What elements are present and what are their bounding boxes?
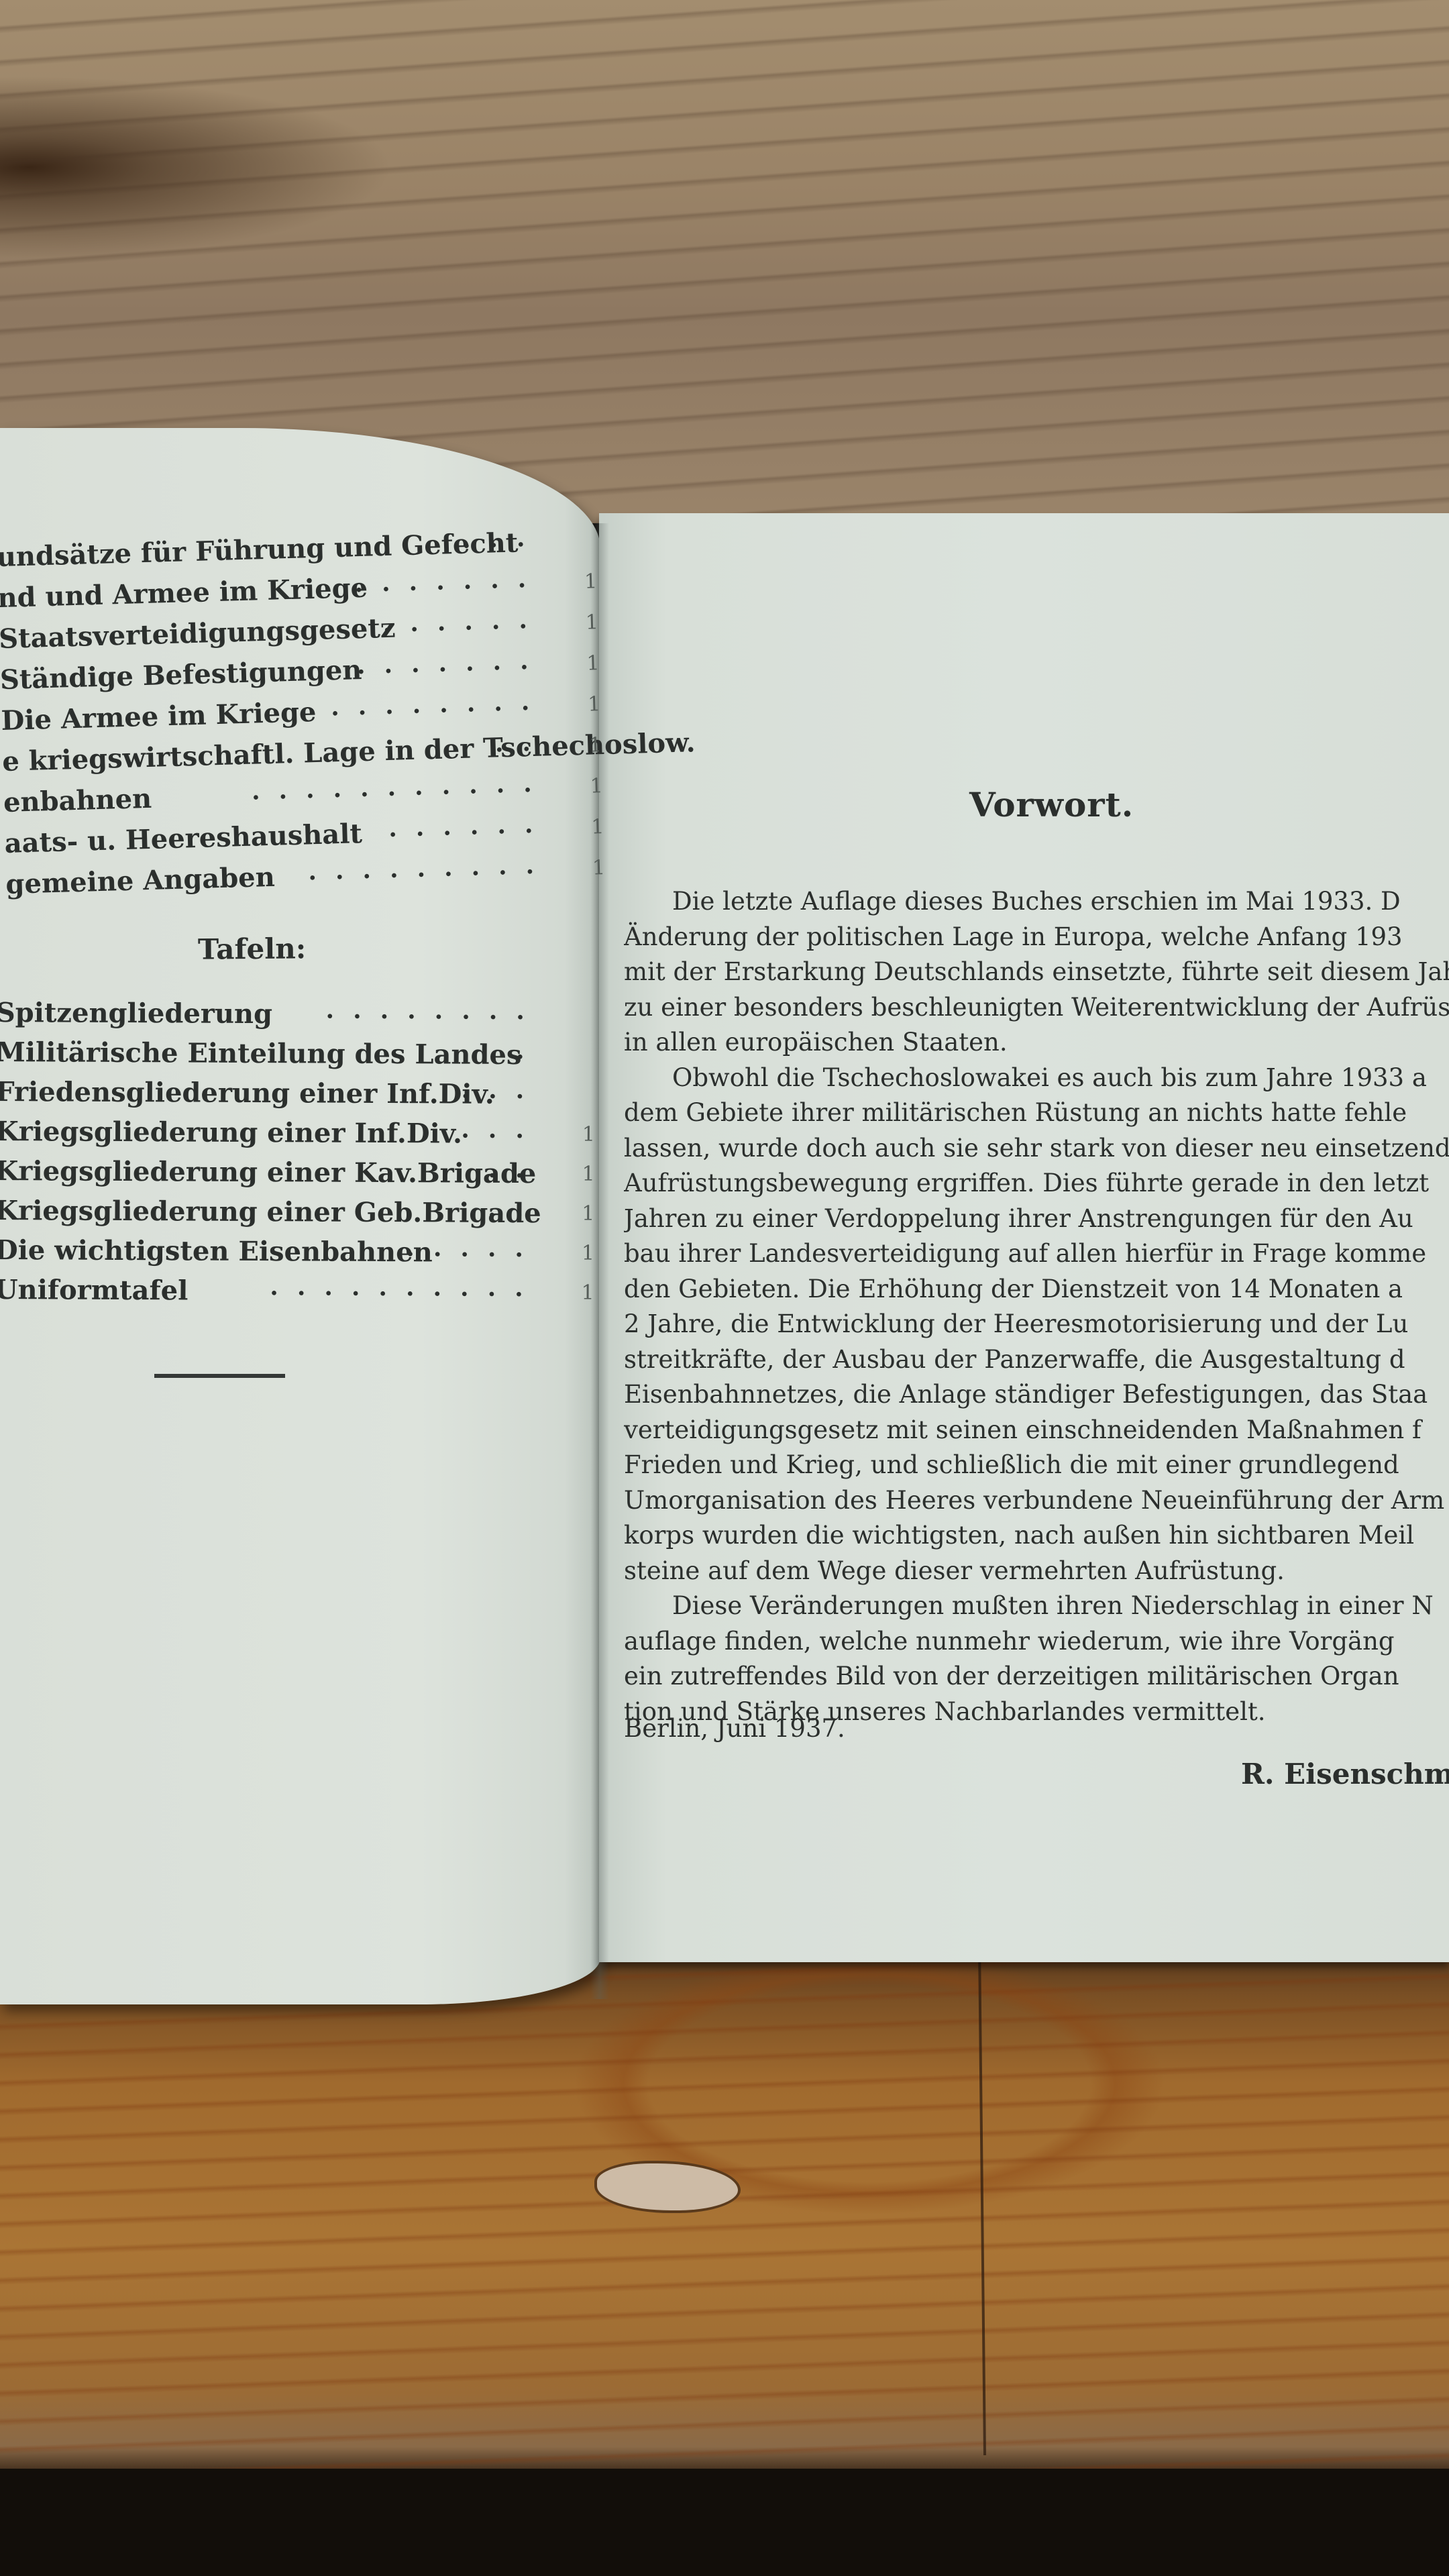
plate-entry-page: 1 xyxy=(582,1155,594,1194)
preface-line: streitkräfte, der Ausbau der Panzerwaffe… xyxy=(624,1342,1449,1378)
plate-entry: Spitzengliederung........ xyxy=(0,993,604,1036)
preface-line: Umorganisation des Heeres verbundene Neu… xyxy=(624,1483,1449,1519)
preface-line: Die letzte Auflage dieses Buches erschie… xyxy=(624,884,1449,920)
plate-entry: Kriegsgliederung einer Kav.Brigade..1 xyxy=(0,1151,603,1194)
plate-entry-page: 1 xyxy=(581,1273,594,1313)
preface-line: bau ihrer Landesverteidigung auf allen h… xyxy=(624,1236,1449,1272)
preface-line: Änderung der politischen Lage in Europa,… xyxy=(624,920,1449,955)
plate-entry-label: Die wichtigsten Eisenbahnen xyxy=(0,1230,433,1272)
plates-heading: Tafeln: xyxy=(198,932,307,965)
plate-entry-label: Kriegsgliederung einer Geb.Brigade xyxy=(0,1191,541,1233)
plate-entry-page: 1 xyxy=(582,1234,594,1273)
preface-line: Frieden und Krieg, und schließlich die m… xyxy=(624,1448,1449,1483)
preface-line: Obwohl die Tschechoslowakei es auch bis … xyxy=(624,1061,1449,1096)
toc-entry-page: 1 xyxy=(590,806,604,848)
dot-leader: ......... xyxy=(307,845,553,892)
plate-entry: Friedensgliederung einer Inf.Div.... xyxy=(0,1072,603,1115)
plates-list: Spitzengliederung........Militärische Ei… xyxy=(0,993,604,1313)
table-of-contents: undsätze für Führung und Gefecht...nd un… xyxy=(0,520,614,905)
preface-line: Aufrüstungsbewegung ergriffen. Dies führ… xyxy=(624,1166,1449,1201)
preface-line: in allen europäischen Staaten. xyxy=(624,1025,1449,1061)
dot-leader: ...... xyxy=(388,804,552,849)
preface-line: auflage finden, welche nunmehr wiederum,… xyxy=(624,1624,1449,1660)
preface-line: 2 Jahre, die Entwicklung der Heeresmotor… xyxy=(624,1307,1449,1342)
plate-entry-label: Uniformtafel xyxy=(0,1270,189,1311)
preface-line: zu einer besonders beschleunigten Weiter… xyxy=(624,990,1449,1026)
preface-line: den Gebieten. Die Erhöhung der Dienstzei… xyxy=(624,1272,1449,1307)
toc-entry-label: gemeine Angaben xyxy=(5,857,276,905)
preface-line: dem Gebiete ihrer militärischen Rüstung … xyxy=(624,1095,1449,1131)
toc-entry-page: 1 xyxy=(585,602,599,643)
plate-entry: Kriegsgliederung einer Geb.Brigade..1 xyxy=(0,1191,602,1234)
author-signature: R. Eisenschmi xyxy=(1241,1758,1449,1790)
dot-leader: ... xyxy=(462,517,544,560)
plate-entry-page: 1 xyxy=(582,1115,595,1155)
toc-entry-page: 1 xyxy=(587,684,601,725)
toc-entry-page: 1 xyxy=(588,724,602,766)
dot-leader: ..... xyxy=(406,1228,542,1269)
toc-entry-page: 1 xyxy=(584,561,598,602)
plate-entry-label: Militärische Einteilung des Landes xyxy=(0,1032,522,1075)
preface-line: mit der Erstarkung Deutschlands einsetzt… xyxy=(624,955,1449,990)
toc-entry-page: 1 xyxy=(586,643,600,684)
preface-line: Jahren zu einer Verdoppelung ihrer Anstr… xyxy=(624,1201,1449,1237)
preface-line: lassen, wurde doch auch sie sehr stark v… xyxy=(624,1131,1449,1167)
plate-entry-label: Kriegsgliederung einer Inf.Div. xyxy=(0,1112,462,1154)
dot-leader: ....... xyxy=(354,558,545,604)
plate-entry: Die wichtigsten Eisenbahnen.....1 xyxy=(0,1230,602,1273)
plate-entry-page: 1 xyxy=(582,1194,594,1234)
dot-leader: .......... xyxy=(270,1267,542,1308)
preface-line: Diese Veränderungen mußten ihren Nieders… xyxy=(624,1589,1449,1624)
toc-entry-page: 1 xyxy=(592,847,606,889)
preface-title: Vorwort. xyxy=(969,785,1134,824)
dot-leader: ........ xyxy=(330,681,549,728)
preface-line: verteidigungsgesetz mit seinen einschnei… xyxy=(624,1413,1449,1448)
dot-leader: ... xyxy=(461,1071,543,1111)
dot-leader: ........ xyxy=(325,991,543,1032)
dot-leader: .. xyxy=(488,1031,543,1071)
plate-entry-label: Kriegsgliederung einer Kav.Brigade xyxy=(0,1151,536,1193)
plate-entry-label: Spitzengliederung xyxy=(0,993,272,1034)
decorative-rule xyxy=(154,1374,285,1378)
plate-entry: Militärische Einteilung des Landes.. xyxy=(0,1032,604,1075)
dot-leader: ... xyxy=(461,1110,543,1150)
toc-entry-page: 1 xyxy=(590,765,604,807)
preface-line: Eisenbahnnetzes, die Anlage ständiger Be… xyxy=(624,1377,1449,1413)
dot-leader: ....... xyxy=(356,640,547,686)
place-date: Berlin, Juni 1937. xyxy=(624,1714,845,1743)
toc-entry-label: enbahnen xyxy=(3,778,152,823)
dot-leader: ...... xyxy=(382,599,547,645)
dot-leader: .. xyxy=(488,1150,542,1189)
preface-line: korps wurden die wichtigsten, nach außen… xyxy=(624,1518,1449,1554)
plate-entry: Kriegsgliederung einer Inf.Div....1 xyxy=(0,1112,603,1155)
preface-body: Die letzte Auflage dieses Buches erschie… xyxy=(624,884,1449,1729)
table-edge-shadow xyxy=(0,2469,1449,2576)
dot-leader: .. xyxy=(494,722,550,764)
dot-leader: .. xyxy=(488,1189,542,1229)
preface-line: steine auf dem Wege dieser vermehrten Au… xyxy=(624,1554,1449,1589)
plate-entry: Uniformtafel..........1 xyxy=(0,1270,602,1313)
plate-entry-label: Friedensgliederung einer Inf.Div. xyxy=(0,1072,494,1114)
preface-line: ein zutreffendes Bild von der derzeitige… xyxy=(624,1659,1449,1695)
